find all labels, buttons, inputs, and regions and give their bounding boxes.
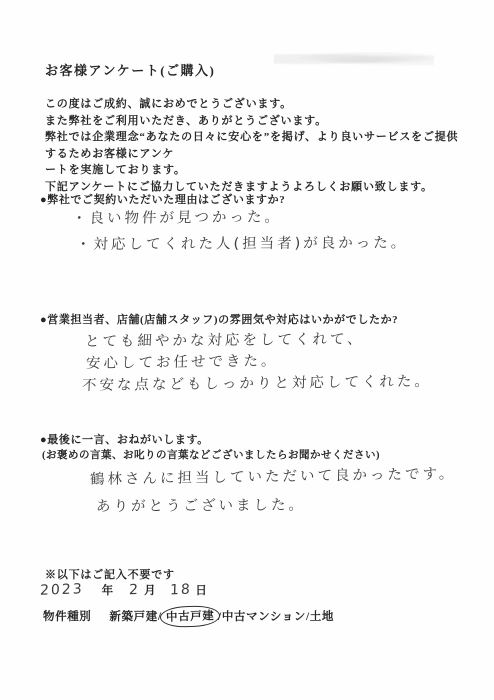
intro-line: また弊社をご利用いただき、ありがとうございます。 <box>45 113 465 130</box>
question-3-label: ●最後に一言、おねがいします。 <box>40 431 209 447</box>
scan-artifact <box>274 52 434 66</box>
intro-line: ートを実施しております。 <box>45 162 465 179</box>
handwritten-answer: ・良い物件が見つかった。 <box>72 206 283 228</box>
intro-line: この度はご成約、誠におめでとうございます。 <box>45 96 465 113</box>
question-1-label: ●弊社でご契約いただいた理由はございますか? <box>40 191 285 207</box>
property-type-row: 物件種別新築戸建/中古戸建/中古マンション/土地 <box>43 606 334 627</box>
property-option-used-house-selected: 中古戸建 <box>159 605 220 628</box>
intro-paragraph: この度はご成約、誠におめでとうございます。 また弊社をご利用いただき、ありがとう… <box>45 96 465 195</box>
page-title: お客様アンケート(ご購入) <box>45 60 215 79</box>
footer-note: ※以下はご記入不要です <box>45 566 175 582</box>
handwritten-answer: ・対応してくれた人(担当者)が良かった。 <box>76 231 409 254</box>
handwritten-answer: 不安な点などもしっかりと対応してくれた。 <box>82 370 433 395</box>
handwritten-answer: 鶴林さんに担当していただいて良かったです。 <box>90 462 457 489</box>
handwritten-month: 2 <box>129 582 140 598</box>
handwritten-answer: とても細やかな対応をしてくれて、 <box>85 328 366 351</box>
intro-line: 弊社では企業理念“あなたの日々に安心を”を掲げ、より良いサービスをご提供するため… <box>45 129 465 162</box>
year-unit-label: 年 <box>102 582 114 598</box>
handwritten-answer: 安心してお任せできた。 <box>86 349 279 373</box>
month-unit-label: 月 <box>144 582 156 598</box>
question-2-label: ●営業担当者、店舗(店舗スタッフ)の雰囲気や対応はいかがでしたか? <box>40 311 398 327</box>
handwritten-day: 18 <box>169 582 191 599</box>
handwritten-year: 2023 <box>40 581 84 599</box>
property-option-used-mansion: 中古マンション <box>222 608 306 624</box>
date-row: 2023 年 2 月 18 日 <box>40 581 207 601</box>
property-option-new-house: 新築戸建 <box>109 608 157 624</box>
handwritten-answer: ありがとうございました。 <box>96 494 307 516</box>
question-3-sublabel: (お褒めの言葉、お叱りの言葉などございましたらお聞かせください) <box>42 447 380 462</box>
survey-document: お客様アンケート(ご購入) この度はご成約、誠におめでとうございます。 また弊社… <box>0 0 494 700</box>
property-option-land: 土地 <box>310 608 334 624</box>
day-unit-label: 日 <box>195 582 207 598</box>
property-type-label: 物件種別 <box>43 611 91 623</box>
